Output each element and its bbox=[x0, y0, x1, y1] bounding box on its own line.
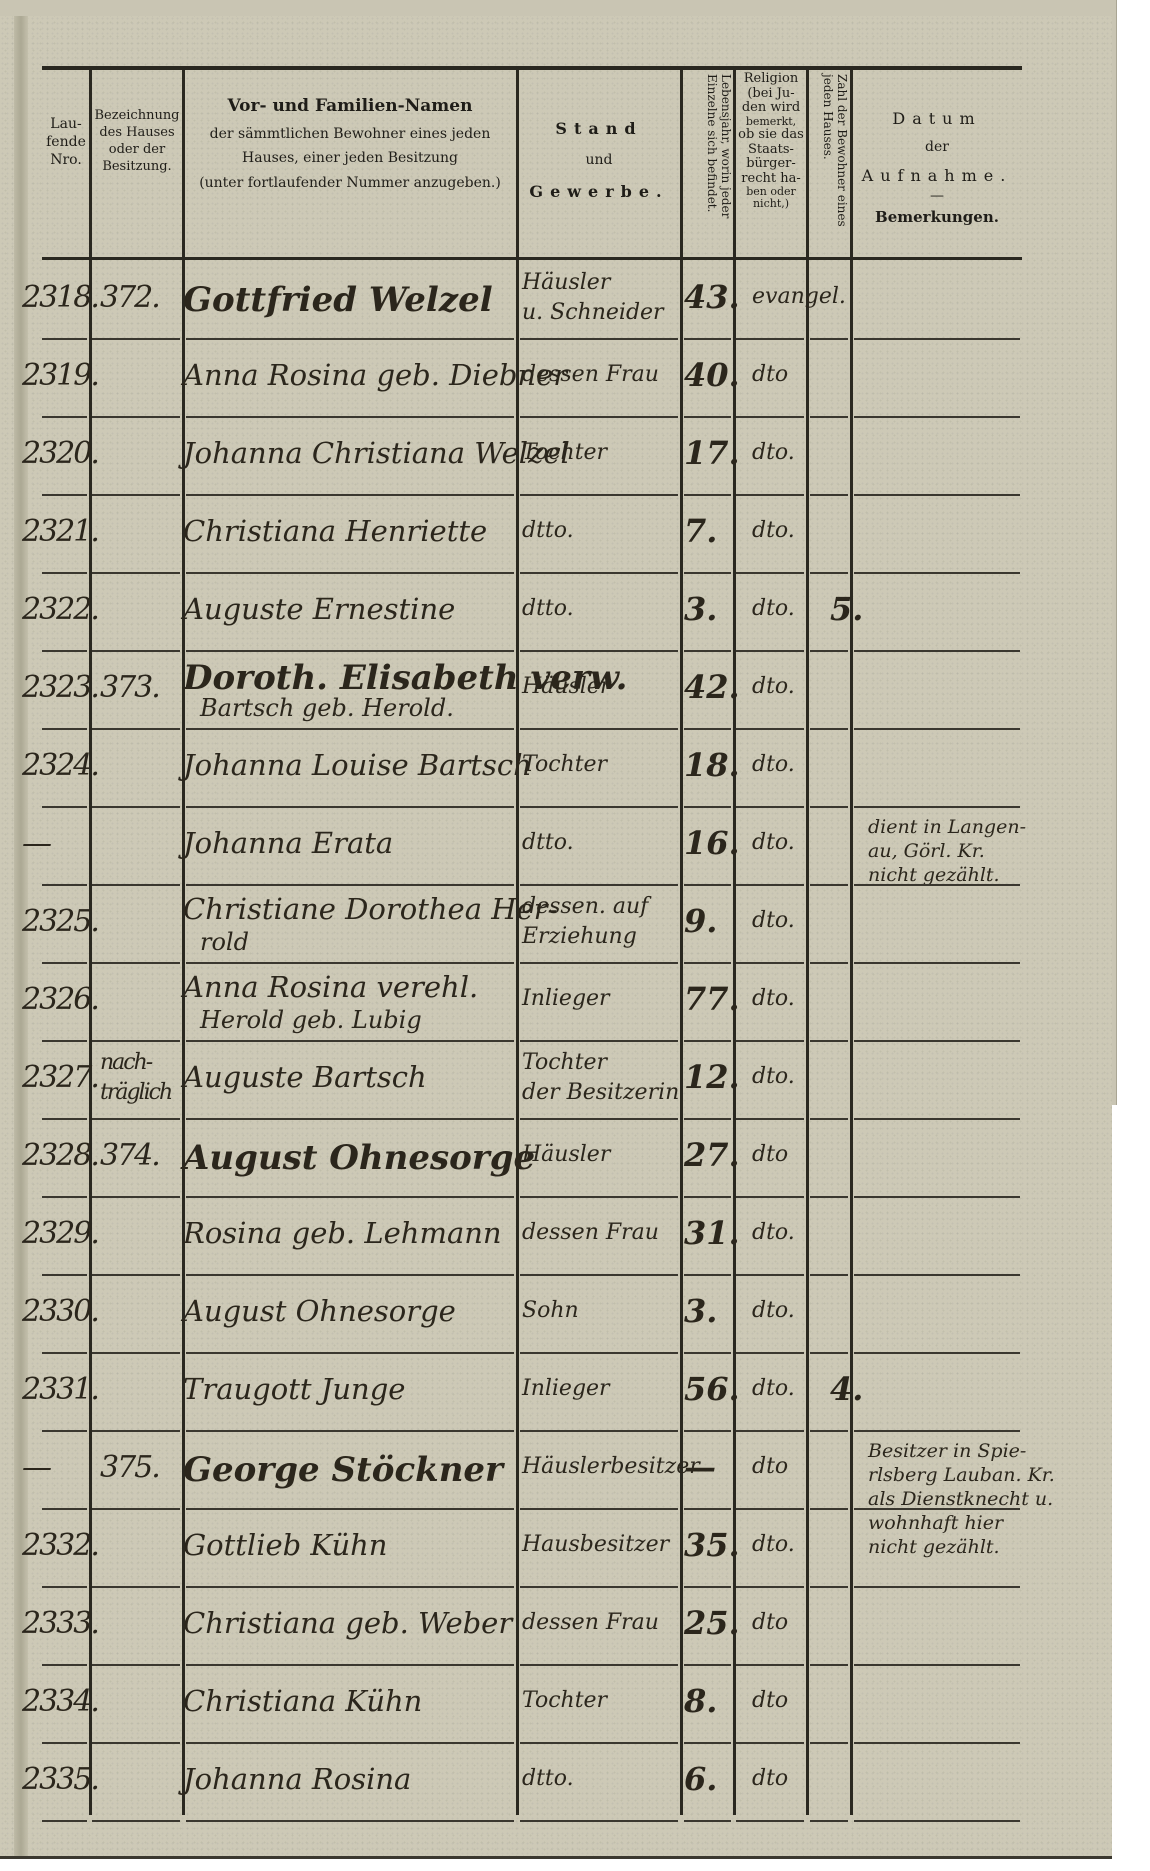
occupation: dtto. bbox=[522, 1766, 574, 1791]
row-rule bbox=[520, 1820, 678, 1822]
person-name: Johanna Christiana Welzel bbox=[183, 436, 570, 470]
religion: dto bbox=[752, 1766, 788, 1791]
header-dash: — bbox=[852, 191, 1022, 202]
person-name: August Ohnesorge bbox=[183, 1138, 535, 1178]
occupation-line2: Erziehung bbox=[522, 924, 637, 949]
person-name: Auguste Ernestine bbox=[183, 592, 455, 626]
row-number: — bbox=[22, 826, 50, 861]
occupation: dessen Frau bbox=[522, 1610, 659, 1635]
religion: dto. bbox=[752, 986, 795, 1011]
header-text: und bbox=[518, 146, 680, 175]
row-rule bbox=[92, 1820, 180, 1822]
header-text: des Hauses bbox=[91, 125, 183, 142]
table-row: 2325.Christiane Dorothea Her-rolddessen.… bbox=[0, 886, 1112, 964]
table-row: 2321.Christiana Henriettedtto.7.dto. bbox=[0, 496, 1112, 574]
remark-text: rlsberg Lauban. Kr. bbox=[868, 1464, 1055, 1488]
age: 17. bbox=[684, 434, 740, 472]
table-row: 2319.Anna Rosina geb. Diebnerdessen Frau… bbox=[0, 340, 1112, 418]
occupation: dessen Frau bbox=[522, 362, 659, 387]
header-text: Bemerkungen. bbox=[852, 203, 1022, 232]
remark-text: dient in Langen- bbox=[868, 816, 1026, 840]
row-rule bbox=[810, 1820, 848, 1822]
header-text: Besitzung. bbox=[91, 159, 183, 176]
household-count: 4. bbox=[830, 1370, 863, 1408]
religion: dto. bbox=[752, 752, 795, 777]
header-text: ob sie das bbox=[735, 128, 807, 143]
header-lebensjahr: Lebensjahr, worin jeder Einzelne sich be… bbox=[688, 74, 732, 254]
house-number: 375. bbox=[100, 1450, 159, 1485]
header-laufende-nr: Lau- fende Nro. bbox=[42, 115, 90, 170]
religion: dto. bbox=[752, 596, 795, 621]
row-number: 2332. bbox=[22, 1528, 98, 1563]
occupation: Häusler bbox=[522, 270, 610, 295]
religion: dto. bbox=[752, 830, 795, 855]
header-text: Hauses, einer jeden Besitzung bbox=[184, 146, 516, 171]
religion: dto. bbox=[752, 518, 795, 543]
top-rule bbox=[42, 66, 1022, 70]
person-name: Rosina geb. Lehmann bbox=[183, 1216, 502, 1250]
row-number: 2335. bbox=[22, 1762, 98, 1797]
age: 18. bbox=[684, 746, 740, 784]
row-rule bbox=[684, 1820, 731, 1822]
occupation: dtto. bbox=[522, 596, 574, 621]
house-number: 372. bbox=[100, 280, 159, 315]
row-number: 2318. bbox=[22, 280, 98, 315]
person-name: Anna Rosina geb. Diebner bbox=[183, 358, 567, 392]
person-name-line2: Herold geb. Lubig bbox=[200, 1006, 422, 1034]
person-name: Johanna Erata bbox=[183, 826, 393, 860]
header-namen: Vor- und Familien-Namen der sämmtlichen … bbox=[184, 92, 516, 195]
person-name: Johanna Rosina bbox=[183, 1762, 411, 1796]
remark-text: au, Görl. Kr. bbox=[868, 840, 985, 864]
header-title: Vor- und Familien-Namen bbox=[184, 92, 516, 122]
row-rule bbox=[736, 1820, 804, 1822]
row-number: 2323. bbox=[22, 670, 98, 705]
household-count: 5. bbox=[830, 590, 863, 628]
religion: dto. bbox=[752, 1064, 795, 1089]
header-text: Aufnahme. bbox=[852, 161, 1022, 191]
religion: dto bbox=[752, 362, 788, 387]
occupation: Häusler bbox=[522, 674, 610, 699]
religion: dto bbox=[752, 1688, 788, 1713]
age: 3. bbox=[684, 1292, 717, 1330]
header-text: der bbox=[852, 134, 1022, 161]
table-row: 2332.Gottlieb KühnHausbesitzer35.dto. bbox=[0, 1510, 1112, 1588]
table-row: 2326.Anna Rosina verehl.Herold geb. Lubi… bbox=[0, 964, 1112, 1042]
row-number: 2331. bbox=[22, 1372, 98, 1407]
person-name: Christiana geb. Weber bbox=[183, 1606, 512, 1640]
header-text: Religion bbox=[735, 72, 807, 87]
person-name: Christiane Dorothea Her- bbox=[183, 892, 557, 926]
table-row: 2333.Christiana geb. Weberdessen Frau25.… bbox=[0, 1588, 1112, 1666]
table-row: 2327.nach-träglichAuguste BartschTochter… bbox=[0, 1042, 1112, 1120]
occupation-line2: u. Schneider bbox=[522, 300, 664, 325]
person-name: Christiana Henriette bbox=[183, 514, 487, 548]
header-zahl-bewohner: Zahl der Bewohner eines jeden Hauses. bbox=[812, 74, 848, 254]
person-name: Christiana Kühn bbox=[183, 1684, 422, 1718]
table-row: 2318.372.Gottfried WelzelHäusleru. Schne… bbox=[0, 262, 1112, 340]
row-number: 2328. bbox=[22, 1138, 98, 1173]
age: 43. bbox=[684, 278, 740, 316]
age: 25. bbox=[684, 1604, 740, 1642]
person-name: Anna Rosina verehl. bbox=[183, 970, 478, 1004]
header-text: Gewerbe. bbox=[518, 175, 680, 209]
occupation: Hausbesitzer bbox=[522, 1532, 669, 1557]
row-number: 2320. bbox=[22, 436, 98, 471]
remark-text: Besitzer in Spie- bbox=[868, 1440, 1026, 1464]
person-name-line2: Bartsch geb. Herold. bbox=[200, 694, 454, 722]
header-text: (bei Ju- bbox=[735, 87, 807, 102]
religion: dto. bbox=[752, 440, 795, 465]
header-text: Datum bbox=[852, 104, 1022, 134]
religion: dto. bbox=[752, 908, 795, 933]
occupation: Inlieger bbox=[522, 1376, 610, 1401]
table-row: 2320.Johanna Christiana WelzelTochter17.… bbox=[0, 418, 1112, 496]
age: 7. bbox=[684, 512, 717, 550]
age: 77. bbox=[684, 980, 740, 1018]
occupation: dtto. bbox=[522, 518, 574, 543]
row-number: 2333. bbox=[22, 1606, 98, 1641]
person-name: Gottfried Welzel bbox=[183, 280, 493, 320]
age: 8. bbox=[684, 1682, 717, 1720]
header-bezeichnung-hauses: Bezeichnung des Hauses oder der Besitzun… bbox=[91, 108, 183, 176]
person-name: Johanna Louise Bartsch bbox=[183, 748, 532, 782]
age: 42. bbox=[684, 668, 740, 706]
row-number: 2325. bbox=[22, 904, 98, 939]
occupation-line2: der Besitzerin bbox=[522, 1080, 679, 1105]
age: 31. bbox=[684, 1214, 740, 1252]
house-number: 374. bbox=[100, 1138, 159, 1173]
table-row: 2322.Auguste Ernestinedtto.3.dto.5. bbox=[0, 574, 1112, 652]
person-name-line2: rold bbox=[200, 928, 249, 956]
age: 56. bbox=[684, 1370, 740, 1408]
religion: dto. bbox=[752, 1532, 795, 1557]
occupation: Tochter bbox=[522, 752, 607, 777]
row-rule bbox=[186, 1820, 514, 1822]
religion: dto bbox=[752, 1142, 788, 1167]
occupation: Tochter bbox=[522, 440, 607, 465]
age: 3. bbox=[684, 590, 717, 628]
header-text: Bezeichnung bbox=[91, 108, 183, 125]
table-row: 2334.Christiana KühnTochter8.dto bbox=[0, 1666, 1112, 1744]
occupation: dtto. bbox=[522, 830, 574, 855]
table-row: 2329.Rosina geb. Lehmanndessen Frau31.dt… bbox=[0, 1198, 1112, 1276]
header-text: Stand bbox=[518, 112, 680, 146]
row-rule bbox=[42, 1820, 87, 1822]
table-row: 2335.Johanna Rosinadtto.6.dto bbox=[0, 1744, 1112, 1822]
table-row: 2330.August OhnesorgeSohn3.dto. bbox=[0, 1276, 1112, 1354]
row-number: 2326. bbox=[22, 982, 98, 1017]
occupation: Häuslerbesitzer bbox=[522, 1454, 700, 1479]
religion: dto. bbox=[752, 1376, 795, 1401]
person-name: August Ohnesorge bbox=[183, 1294, 456, 1328]
house-number: 373. bbox=[100, 670, 159, 705]
religion: dto bbox=[752, 1454, 788, 1479]
header-text: den wird bbox=[735, 101, 807, 116]
header-text: (unter fortlaufender Nummer anzugeben.) bbox=[184, 171, 516, 196]
row-number: 2319. bbox=[22, 358, 98, 393]
occupation: Tochter bbox=[522, 1688, 607, 1713]
header-text: Nro. bbox=[42, 151, 90, 169]
header-text: oder der bbox=[91, 142, 183, 159]
header-text: nicht,) bbox=[735, 198, 807, 210]
occupation: dessen. auf bbox=[522, 894, 648, 919]
row-number: 2330. bbox=[22, 1294, 98, 1329]
age: 16. bbox=[684, 824, 740, 862]
header-text: Staats- bbox=[735, 143, 807, 158]
table-row: 2331.Traugott JungeInlieger56.dto.4. bbox=[0, 1354, 1112, 1432]
age: 9. bbox=[684, 902, 717, 940]
row-number: 2324. bbox=[22, 748, 98, 783]
age: 6. bbox=[684, 1760, 717, 1798]
header-text: recht ha- bbox=[735, 172, 807, 187]
age: 12. bbox=[684, 1058, 740, 1096]
age: 40. bbox=[684, 356, 740, 394]
row-number: 2322. bbox=[22, 592, 98, 627]
religion: dto. bbox=[752, 1298, 795, 1323]
table-row: 2324.Johanna Louise BartschTochter18.dto… bbox=[0, 730, 1112, 808]
age: 35. bbox=[684, 1526, 740, 1564]
religion: evangel. bbox=[752, 284, 846, 309]
religion: dto bbox=[752, 1610, 788, 1635]
row-number: 2321. bbox=[22, 514, 98, 549]
occupation: dessen Frau bbox=[522, 1220, 659, 1245]
occupation: Tochter bbox=[522, 1050, 607, 1075]
occupation: Inlieger bbox=[522, 986, 610, 1011]
row-number: 2329. bbox=[22, 1216, 98, 1251]
age: — bbox=[684, 1448, 716, 1486]
row-rule bbox=[854, 1820, 1020, 1822]
header-text: Lau- bbox=[42, 115, 90, 133]
person-name: George Stöckner bbox=[183, 1450, 503, 1490]
table-row: —Johanna Eratadtto.16.dto.dient in Lange… bbox=[0, 808, 1112, 886]
header-text: bürger- bbox=[735, 157, 807, 172]
religion: dto. bbox=[752, 1220, 795, 1245]
religion: dto. bbox=[752, 674, 795, 699]
table-row: 2323.373.Doroth. Elisabeth verw.Bartsch … bbox=[0, 652, 1112, 730]
header-datum-bemerkungen: Datum der Aufnahme. — Bemerkungen. bbox=[852, 104, 1022, 231]
row-number: 2334. bbox=[22, 1684, 98, 1719]
table-row: —375.George StöcknerHäuslerbesitzer—dtoB… bbox=[0, 1432, 1112, 1510]
occupation: Sohn bbox=[522, 1298, 579, 1323]
header-religion: Religion (bei Ju- den wird bemerkt, ob s… bbox=[735, 72, 807, 211]
house-number: nach- bbox=[100, 1050, 151, 1075]
occupation: Häusler bbox=[522, 1142, 610, 1167]
house-note: träglich bbox=[100, 1080, 171, 1105]
person-name: Auguste Bartsch bbox=[183, 1060, 427, 1094]
person-name: Traugott Junge bbox=[183, 1372, 405, 1406]
row-number: — bbox=[22, 1450, 50, 1485]
age: 27. bbox=[684, 1136, 740, 1174]
header-text: fende bbox=[42, 133, 90, 151]
row-number: 2327. bbox=[22, 1060, 98, 1095]
header-bottom-rule bbox=[42, 257, 1022, 260]
table-row: 2328.374.August OhnesorgeHäusler27.dto bbox=[0, 1120, 1112, 1198]
header-stand-gewerbe: Stand und Gewerbe. bbox=[518, 112, 680, 209]
person-name: Gottlieb Kühn bbox=[183, 1528, 388, 1562]
header-text: der sämmtlichen Bewohner eines jeden bbox=[184, 122, 516, 147]
